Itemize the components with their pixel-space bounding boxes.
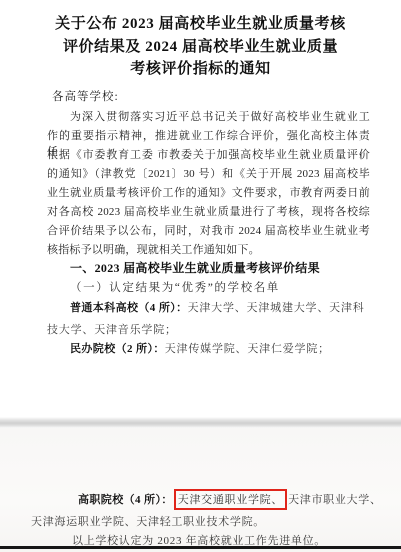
vocational-schools-line-1: 高职院校（4 所）：天津交通职业学院、天津市职业大学、 xyxy=(78,489,382,510)
vocational-schools-label: 高职院校（4 所）： xyxy=(78,494,173,506)
section-1-heading: 一、2023 届高校毕业生就业质量考核评价结果 xyxy=(70,259,320,276)
bottom-edge-line xyxy=(0,546,401,549)
page-1: 关于公布 2023 届高校毕业生就业质量考核 评价结果及 2024 届高校毕业生… xyxy=(0,0,401,419)
document-title-line-3: 考核评价指标的通知 xyxy=(0,58,401,81)
page-2: 高职院校（4 所）：天津交通职业学院、天津市职业大学、 天津海运职业学院、天津轻… xyxy=(0,428,401,552)
private-schools-label: 民办院校（2 所）： xyxy=(70,343,165,355)
undergrad-schools-label: 普通本科高校（4 所）： xyxy=(70,302,188,314)
section-1-subheading: （一）认定结果为“优秀”的学校名单 xyxy=(70,279,280,295)
document-title-line-2: 评价结果及 2024 届高校毕业生就业质量 xyxy=(0,36,401,59)
body-paragraph-line: 核指标予以明确，现就相关工作通知如下。 xyxy=(47,241,370,260)
body-paragraph-line: 对各高校 2023 届高校毕业生就业质量进行了考核，现将各校综 xyxy=(47,203,370,222)
body-paragraph-line: 为深入贯彻落实习近平总书记关于做好高校毕业生就业工 xyxy=(47,108,370,127)
undergrad-schools-line-2: 技大学、天津音乐学院； xyxy=(47,321,177,337)
private-schools-line: 民办院校（2 所）：天津传媒学院、天津仁爱学院； xyxy=(70,340,330,356)
body-paragraph-line: 根据《市委教育工委 市教委关于加强高校毕业生就业质量评价 xyxy=(47,146,370,165)
body-paragraph-line: 业生就业质量考核评价工作的通知》文件要求，市教育两委日前 xyxy=(47,184,370,203)
private-schools-names: 天津传媒学院、天津仁爱学院； xyxy=(165,343,330,355)
page-separator xyxy=(0,417,401,428)
highlight-box: 天津交通职业学院、 xyxy=(174,489,287,510)
document-title-line-1: 关于公布 2023 届高校毕业生就业质量考核 xyxy=(0,13,401,36)
body-paragraph-line: 作的重要指示精神，推进就业工作综合评价，强化高校主体责任， xyxy=(47,127,370,146)
body-paragraph-line: 合评价结果予以公布，同时，对我市 2024 届高校毕业生就业考 xyxy=(47,222,370,241)
document-title: 关于公布 2023 届高校毕业生就业质量考核 评价结果及 2024 届高校毕业生… xyxy=(0,13,401,81)
salutation: 各高等学校: xyxy=(52,88,119,104)
vocational-school-highlighted: 天津交通职业学院、 xyxy=(178,494,283,506)
undergrad-schools-line-1: 普通本科高校（4 所）：天津大学、天津城建大学、天津科 xyxy=(70,299,365,315)
vocational-schools-names: 天津市职业大学、 xyxy=(288,494,382,506)
undergrad-schools-names: 天津大学、天津城建大学、天津科 xyxy=(188,302,365,314)
body-paragraph-line: 的通知》（津教党〔2021〕30 号）和《关于开展 2023 届高校毕 xyxy=(47,165,370,184)
vocational-schools-line-2: 天津海运职业学院、天津轻工职业技术学院。 xyxy=(31,513,265,529)
